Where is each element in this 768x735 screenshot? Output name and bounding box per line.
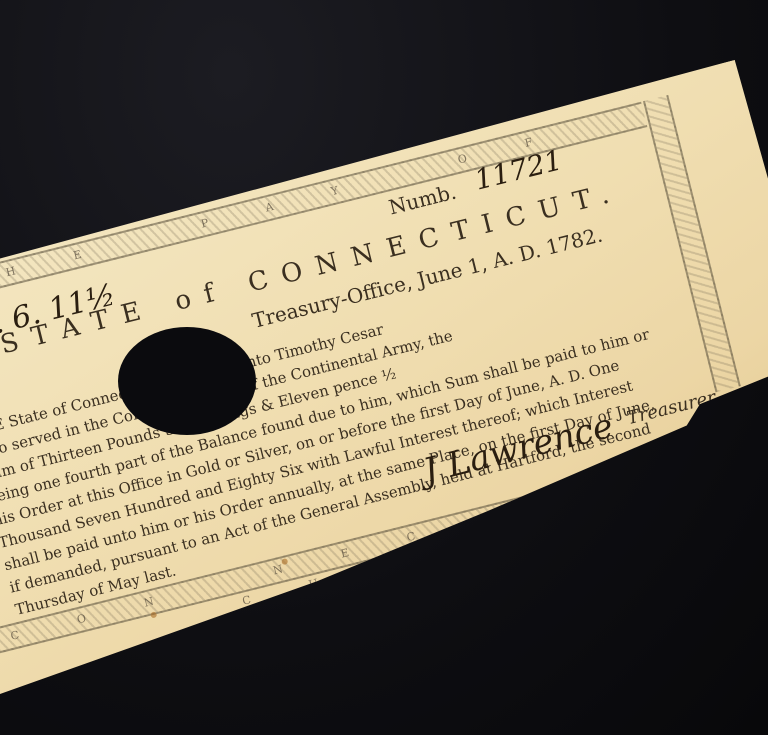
border-text: PAY bbox=[200, 169, 398, 230]
treasury-note: THE PAY OF 13. 6. 11½ Numb. 11721 STATE … bbox=[0, 58, 768, 703]
cancellation-punch-hole bbox=[118, 327, 256, 435]
stain-mark bbox=[150, 611, 157, 618]
